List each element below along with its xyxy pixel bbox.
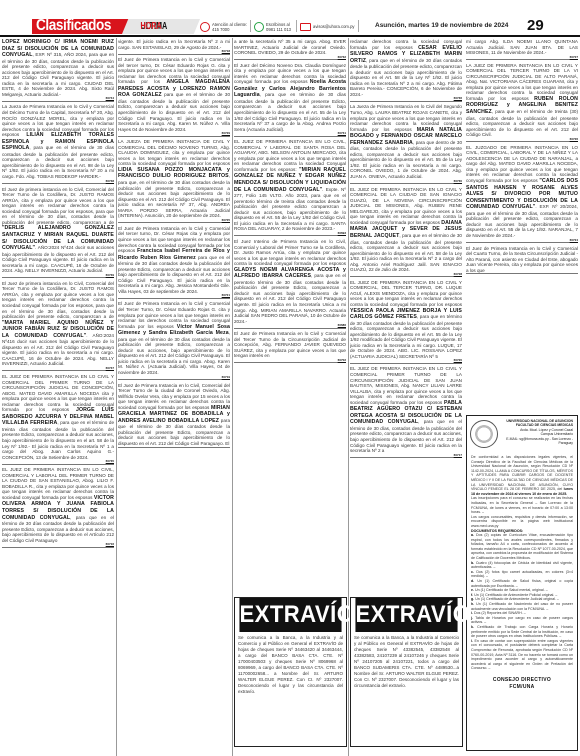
required-document-item: j. Tabla de Horarios por cargo en caso d… [471, 616, 573, 625]
required-document-item: h. Un (1) Certificado de Nacimiento del … [471, 602, 573, 611]
notice-code: 60720 [350, 359, 462, 363]
divider [358, 20, 359, 32]
notice-code: 60726 [466, 138, 578, 142]
section-title: Clasificados [36, 17, 111, 35]
docs-title: DOCUMENTOS REQUERIDOS: [471, 529, 523, 533]
envelope-icon [300, 23, 311, 31]
notice-code: 60717 [350, 454, 462, 458]
legal-notice: El Juez de Primera Instancia en lo Civil… [118, 300, 230, 380]
notice-code: 60727 [466, 56, 578, 60]
required-document-item: k. Certificado de Trabajo con Carga Hora… [471, 625, 573, 639]
extravio-title: EXTRAVÍO [355, 598, 457, 632]
legal-notice: El Juez Interino de Primera Instancia en… [234, 238, 346, 329]
legal-notice: El Juez de primera instancia en lo Civil… [2, 186, 114, 279]
notice-info: Los cargos concursables, requisitos y de… [471, 515, 573, 529]
page-number: 29 [527, 17, 544, 34]
legal-notice: El Juez de Primera Instancia en lo Civil… [234, 330, 346, 363]
legal-notice: a ante la secretaría Nº 35 a mi cargo. A… [234, 38, 346, 60]
column-3: a ante la secretaría Nº 35 a mi cargo. A… [234, 38, 346, 593]
legal-notice: El Juez de Primera Instancia en lo Civil… [118, 382, 230, 448]
legal-notice: La Jueza de Primera Instancia en lo Civi… [2, 103, 114, 184]
email-link[interactable]: avisos@uhora.com.py [313, 24, 355, 29]
notice-code: 60686 [234, 324, 346, 328]
legal-notice: LA JUEZ DE PRIMERA INSTANCIA EN LO CIVIL… [466, 62, 578, 143]
legal-notice: reclamar derechos contra la sociedad con… [350, 38, 462, 102]
notice-code: 60730 [350, 180, 462, 184]
notice-code: 60719 [118, 376, 230, 380]
signature: CONSEJO DIRECTIVO FCM/UNA [471, 677, 573, 691]
page-header: Clasificados ULTIMAHORA Atención al clie… [0, 0, 580, 34]
divider [250, 20, 251, 32]
issue-date: Asunción, martes 19 de noviembre de 2024 [375, 22, 508, 29]
required-document-item: a. Dos (2) copias de Currículum Vitae, e… [471, 533, 573, 561]
extravio-notice-1: EXTRAVÍO Se comunica a la Banca, a la In… [234, 597, 347, 747]
required-document-item: b. Cuatro (4) fotocopias de Cédula de Id… [471, 561, 573, 570]
legal-notice: La Jueza de Primera Instancia en lo Civi… [350, 103, 462, 184]
column-2: vigente. El juicio radica en la Secretar… [118, 38, 230, 756]
column-5: mi cargo Abg. ILDA NOEMI LLANO QUINTANA … [466, 38, 578, 413]
legal-notice: mi cargo Abg. ILDA NOEMI LLANO QUINTANA … [466, 38, 578, 60]
fcm-una-notice: UNIVERSIDAD NACIONAL DE ASUNCION FACULTA… [466, 415, 578, 751]
legal-notice: EL JUEZ DE PRIMERA INSTANCIA EN LO CIVIL… [350, 365, 462, 458]
legal-notice: EL JUEZ DE PRIMERA INSTANCIA EN LO CIVIL… [2, 466, 114, 548]
notice-code: 60744 [2, 97, 114, 101]
phone-contact: Atención al cliente:415 7000 [200, 19, 247, 34]
extravio-title: EXTRAVÍO [239, 598, 341, 632]
party-names: LIDIA SUSANA POZZO MONJACATA y FRANCISCO… [118, 167, 230, 180]
notice-code: 60718 [118, 50, 230, 54]
required-documents-list: a. Dos (2) copias de Currículum Vitae, e… [471, 533, 573, 671]
required-document-item: l. En caso de contar con superposición e… [471, 639, 573, 671]
notice-registration: Las inscripciones para el concurso se re… [471, 496, 573, 514]
notice-code: 60735 [2, 460, 114, 464]
university-seal-icon [470, 420, 498, 448]
column-1: LOPEZ MORINIGO C/ IRMA NOEMI RUIZ DIAZ S… [2, 38, 114, 756]
notice-code: 60702 [234, 359, 346, 363]
notice-code: 60736 [350, 97, 462, 101]
brand-banner: ULTIMAHORA [122, 19, 200, 34]
column-divider [116, 38, 117, 756]
legal-notice: El Juez del Décimo Noveno Dra. Claudia D… [234, 62, 346, 137]
notice-code: 60725 [118, 219, 230, 223]
header-rule [0, 35, 580, 37]
notice-code: 60724 [466, 239, 578, 243]
divider [296, 20, 297, 32]
notice-code: 60731 [234, 132, 346, 136]
legal-notice: LA JUEZA DE PRIMERA INSTANCIA DE CIVIL Y… [118, 138, 230, 223]
legal-notice: EL JUEZ DE PRIMERA INSTANCIA EN LO CIVIL… [350, 279, 462, 364]
required-document-item: c. Dos (2) fotos tipo carnet actualizada… [471, 570, 573, 579]
required-document-item: d. Un (1) Certificado de Salud física, o… [471, 579, 573, 588]
notice-code: 60721 [118, 294, 230, 298]
notice-code: 60693 [234, 232, 346, 236]
legal-notice: El Juez de Primera Instancia en lo Civil… [118, 56, 230, 137]
legal-notice: EL JUEZ DE PRIMERA INSTANCIA EN LO CIVIL… [350, 186, 462, 278]
notice-code: 60739 [2, 274, 114, 278]
notice-intro: De conformidad a las disposiciones legal… [471, 455, 573, 496]
notice-code: 60732 [234, 56, 346, 60]
column-divider [232, 38, 233, 756]
phone-icon [200, 22, 210, 32]
legal-notice: EL JUEZ DE PRIMERA INSTANCIA EN LO CIVIL… [2, 373, 114, 465]
notice-code: 60728 [350, 273, 462, 277]
legal-notice: vigente. El juicio radica en la Secretar… [118, 38, 230, 55]
legal-notice: El Juez de Primera Instancia en lo Civil… [118, 225, 230, 299]
notice-code: 60729 [118, 132, 230, 136]
column-divider [348, 38, 349, 756]
whatsapp-contact: Escribinos al0981 111 013 [254, 19, 291, 34]
legal-notice: El Juez de Primera Instancia en lo Civil… [466, 245, 578, 275]
university-letterhead: UNIVERSIDAD NACIONAL DE ASUNCION FACULTA… [501, 419, 573, 455]
notice-code: 60737 [2, 367, 114, 371]
legal-notice: El Juez de primera instancia en lo Civil… [2, 280, 114, 372]
notice-code: 60716 [2, 543, 114, 547]
email-contact: avisos@uhora.com.py [300, 19, 355, 34]
extravio-notice-2: EXTRAVÍOSe comunica a la Banca, a la Ind… [350, 597, 463, 747]
legal-notice: EL JUEZ DE PRIMERA INSTANCIA EN LO CIVIL… [234, 138, 346, 236]
extravio-body: Se comunica a la Banca, a la Industria y… [235, 632, 346, 698]
legal-notice: LOPEZ MORINIGO C/ IRMA NOEMI RUIZ DIAZ S… [2, 38, 114, 102]
notice-code: 60738 [2, 180, 114, 184]
whatsapp-icon [254, 22, 264, 32]
section-banner: Clasificados [32, 19, 132, 34]
column-4: reclamar derechos contra la sociedad con… [350, 38, 462, 593]
extravio-body: Se comunica a la Banca, a la Industria a… [351, 632, 462, 692]
legal-notice: EL JUZGADO DE PRIMERA INSTANCIA EN LO CI… [466, 144, 578, 243]
